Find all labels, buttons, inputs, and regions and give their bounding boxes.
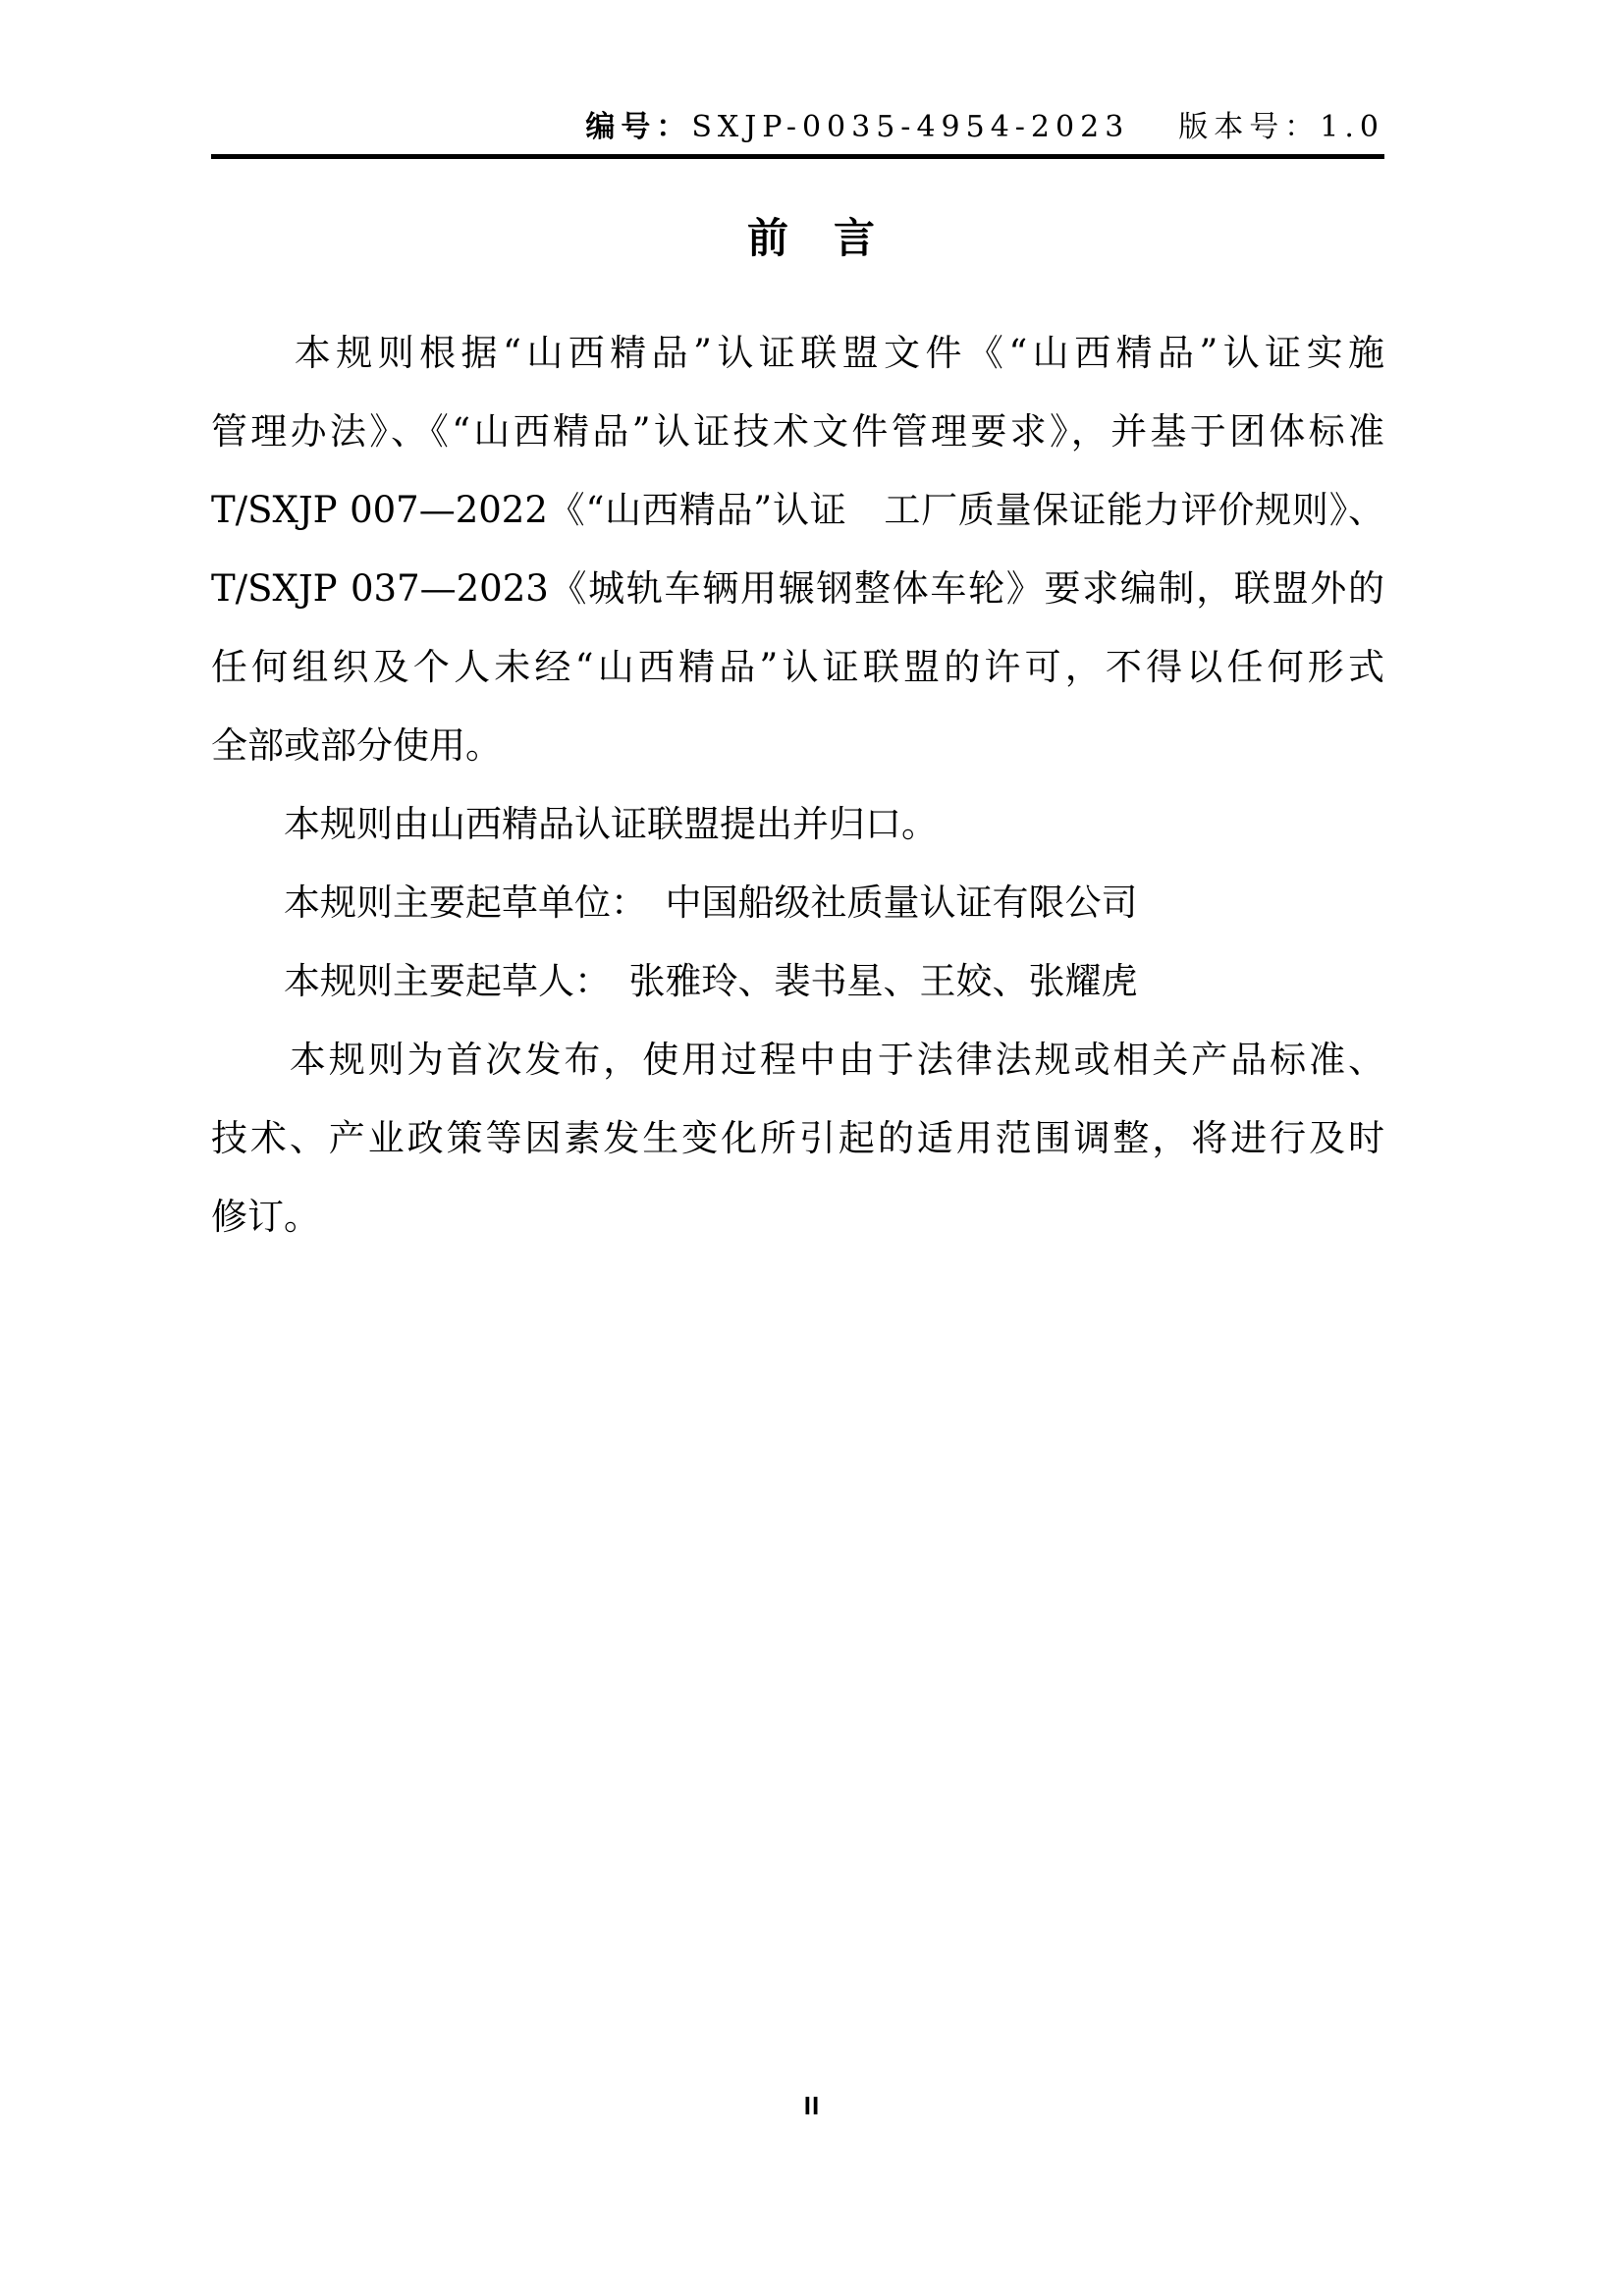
text-line: 本规则根据“山西精品”认证联盟文件《“山西精品”认证实施 [211, 314, 1384, 393]
page-title: 前 言 [0, 199, 1624, 278]
text-line: T/SXJP 007—2022《“山西精品”认证 工厂质量保证能力评价规则》、 [211, 471, 1384, 550]
text-line: 本规则主要起草单位： 中国船级社质量认证有限公司 [211, 864, 1384, 942]
document-header: 编号：SXJP-0035-4954-2023版本号：1.0 [211, 106, 1384, 149]
page-number: II [0, 2091, 1624, 2121]
document-body: 本规则根据“山西精品”认证联盟文件《“山西精品”认证实施管理办法》、《“山西精品… [211, 314, 1384, 1256]
text-line: 本规则由山西精品认证联盟提出并归口。 [211, 785, 1384, 864]
doc-number-label: 编号： [585, 110, 691, 144]
doc-version-value: 1.0 [1320, 110, 1384, 144]
text-line: 技术、产业政策等因素发生变化所引起的适用范围调整，将进行及时 [211, 1099, 1384, 1178]
header-rule [211, 154, 1384, 159]
text-line: 本规则主要起草人： 张雅玲、裴书星、王姣、张耀虎 [211, 942, 1384, 1021]
text-line: 修订。 [211, 1178, 1384, 1256]
document-page: 编号：SXJP-0035-4954-2023版本号：1.0 前 言 本规则根据“… [0, 0, 1624, 2296]
text-line: 任何组织及个人未经“山西精品”认证联盟的许可，不得以任何形式 [211, 628, 1384, 707]
text-line: 全部或部分使用。 [211, 707, 1384, 785]
doc-version-label: 版本号： [1178, 110, 1320, 144]
text-line: 管理办法》、《“山西精品”认证技术文件管理要求》，并基于团体标准 [211, 393, 1384, 471]
doc-number-value: SXJP-0035-4954-2023 [691, 110, 1129, 144]
text-line: 本规则为首次发布，使用过程中由于法律法规或相关产品标准、 [211, 1021, 1384, 1099]
text-line: T/SXJP 037—2023《城轨车辆用辗钢整体车轮》要求编制，联盟外的 [211, 550, 1384, 628]
